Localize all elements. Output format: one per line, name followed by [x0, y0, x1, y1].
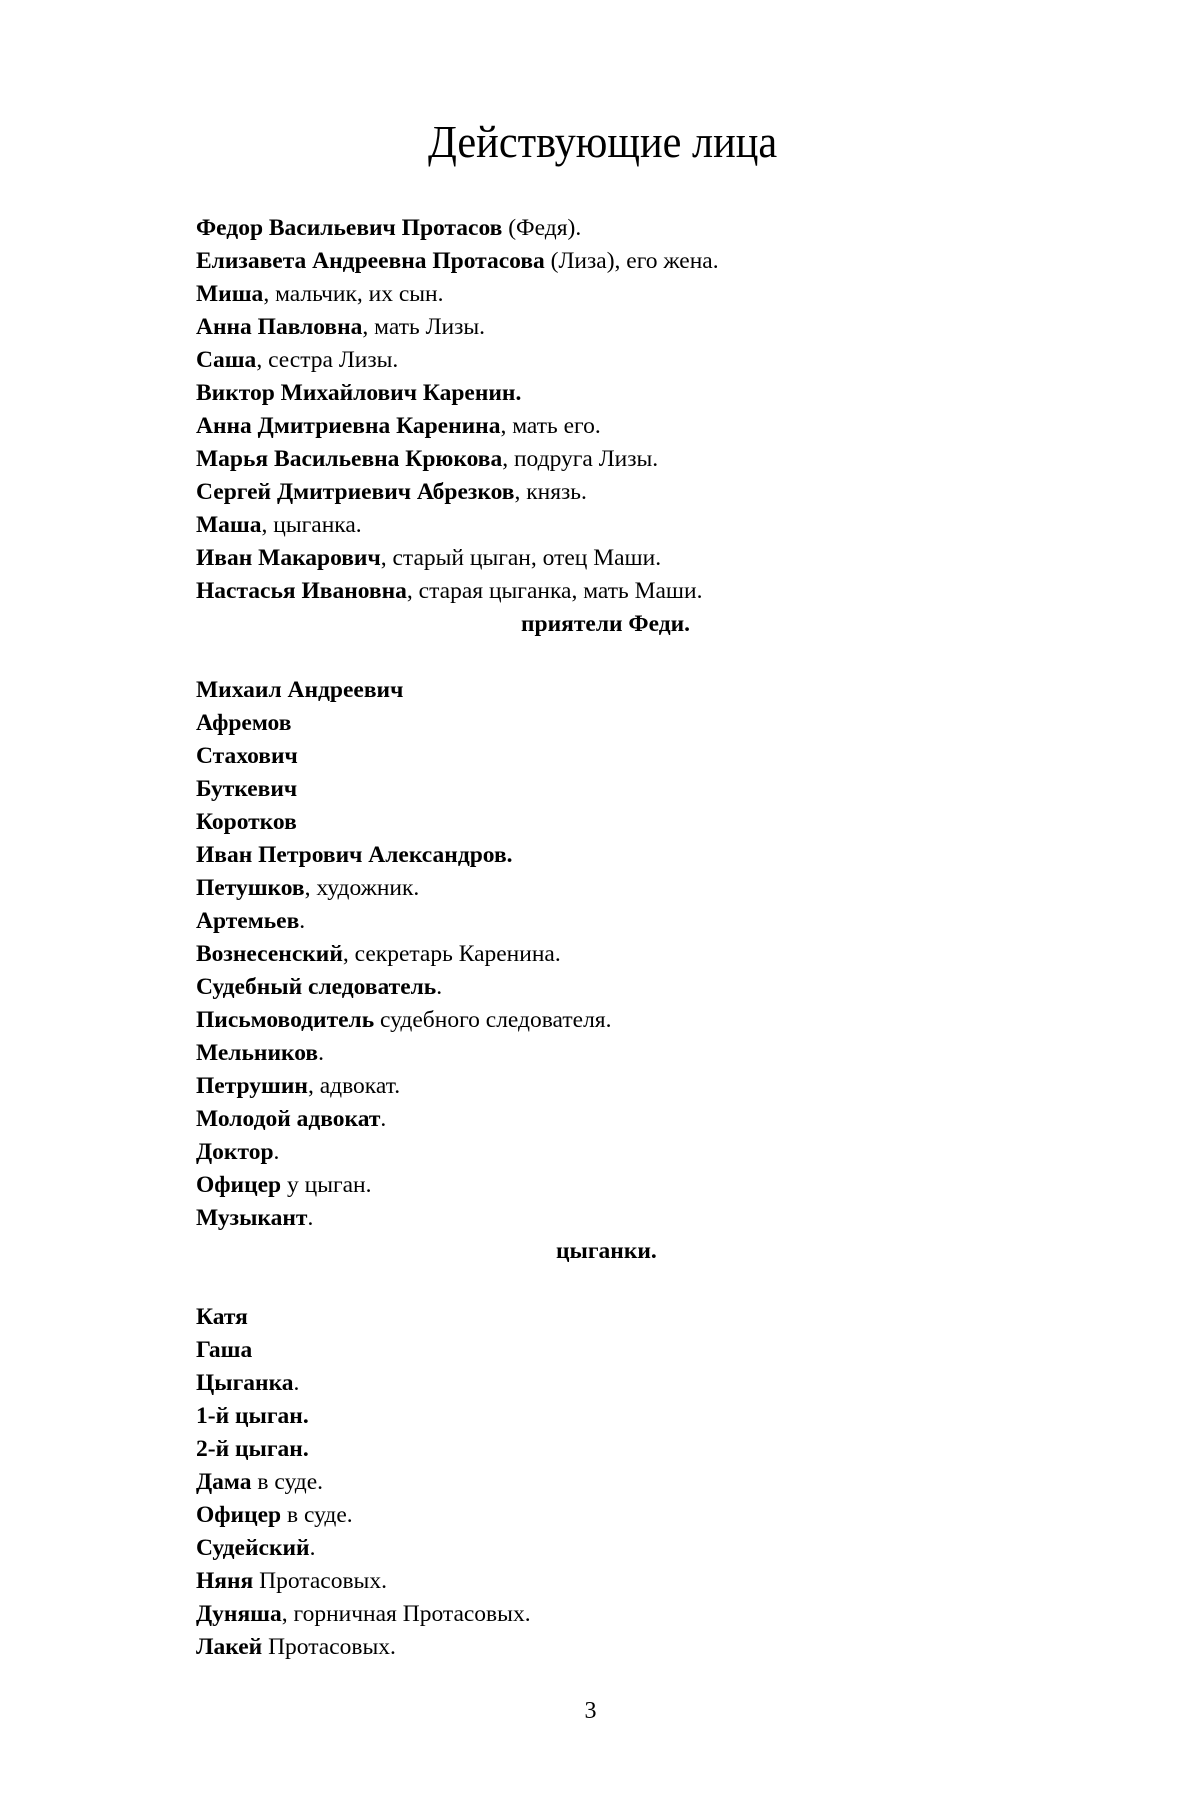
character-description: . [318, 1040, 324, 1066]
character-entry: Маша, цыганка. [196, 509, 996, 542]
character-description: , адвокат. [308, 1073, 400, 1099]
character-name: Петушков [196, 875, 305, 901]
character-entry: Вознесенский, секретарь Каренина. [196, 938, 996, 971]
character-description: , князь. [514, 479, 586, 505]
character-name: Няня [196, 1568, 253, 1594]
character-description: , мальчик, их сын. [263, 281, 443, 307]
character-description: . [380, 1106, 386, 1132]
character-name: Елизавета Андреевна Протасова [196, 248, 545, 274]
character-entry: Няня Протасовых. [196, 1565, 996, 1598]
character-entry: Артемьев. [196, 905, 996, 938]
character-description: , сестра Лизы. [256, 347, 398, 373]
character-name: Лакей [196, 1634, 262, 1660]
character-entry: Михаил Андреевич [196, 674, 996, 707]
character-name: Офицер [196, 1172, 281, 1198]
character-name: Коротков [196, 809, 297, 835]
character-name: Анна Дмитриевна Каренина [196, 413, 500, 439]
character-entry: Елизавета Андреевна Протасова (Лиза), ег… [196, 245, 996, 278]
character-name: Саша [196, 347, 256, 373]
character-name: Анна Павловна [196, 314, 362, 340]
character-name: Доктор [196, 1139, 274, 1165]
character-description: у цыган. [281, 1172, 371, 1198]
character-entry: Судебный следователь. [196, 971, 996, 1004]
character-description: в суде. [281, 1502, 353, 1528]
friends-list: Михаил АндреевичАфремовСтаховичБуткевичК… [196, 674, 996, 1235]
character-entry: Настасья Ивановна, старая цыганка, мать … [196, 575, 996, 608]
character-entry: Музыкант. [196, 1202, 996, 1235]
character-description: Протасовых. [253, 1568, 387, 1594]
character-name: Дуняша [196, 1601, 282, 1627]
character-entry: Офицер у цыган. [196, 1169, 996, 1202]
character-entry: Цыганка. [196, 1367, 996, 1400]
character-name: 1-й цыган. [196, 1403, 309, 1429]
group-label-gypsies: цыганки. [196, 1235, 996, 1268]
character-name: Артемьев [196, 908, 299, 934]
character-name: Михаил Андреевич [196, 677, 403, 703]
character-description: Протасовых. [262, 1634, 396, 1660]
character-name: Письмоводитель [196, 1007, 374, 1033]
character-description: судебного следователя. [374, 1007, 611, 1033]
character-description: , горничная Протасовых. [282, 1601, 531, 1627]
character-entry: Офицер в суде. [196, 1499, 996, 1532]
spacer [196, 1268, 996, 1301]
character-entry: Молодой адвокат. [196, 1103, 996, 1136]
character-description: . [310, 1535, 316, 1561]
character-description: (Федя). [502, 215, 581, 241]
character-entry: Судейский. [196, 1532, 996, 1565]
character-entry: Дама в суде. [196, 1466, 996, 1499]
character-name: Иван Петрович Александров. [196, 842, 513, 868]
character-description: , цыганка. [262, 512, 362, 538]
character-entry: Петрушин, адвокат. [196, 1070, 996, 1103]
character-entry: Лакей Протасовых. [196, 1631, 996, 1664]
character-entry: 2-й цыган. [196, 1433, 996, 1466]
character-name: Дама [196, 1469, 252, 1495]
spacer [196, 641, 996, 674]
character-entry: Саша, сестра Лизы. [196, 344, 996, 377]
character-entry: Доктор. [196, 1136, 996, 1169]
character-entry: Иван Макарович, старый цыган, отец Маши. [196, 542, 996, 575]
group-label-friends: приятели Феди. [196, 608, 996, 641]
character-name: Буткевич [196, 776, 297, 802]
character-name: Гаша [196, 1337, 252, 1363]
main-characters-list: Федор Васильевич Протасов (Федя).Елизаве… [196, 212, 996, 608]
character-name: Судебный следователь [196, 974, 436, 1000]
character-name: 2-й цыган. [196, 1436, 309, 1462]
character-name: Миша [196, 281, 263, 307]
character-entry: Сергей Дмитриевич Абрезков, князь. [196, 476, 996, 509]
character-name: Марья Васильевна Крюкова [196, 446, 502, 472]
character-entry: Афремов [196, 707, 996, 740]
character-name: Сергей Дмитриевич Абрезков [196, 479, 514, 505]
character-description: в суде. [252, 1469, 324, 1495]
character-description: (Лиза), его жена. [545, 248, 719, 274]
character-name: Музыкант [196, 1205, 307, 1231]
character-entry: Федор Васильевич Протасов (Федя). [196, 212, 996, 245]
character-entry: Письмоводитель судебного следователя. [196, 1004, 996, 1037]
character-name: Петрушин [196, 1073, 308, 1099]
character-entry: Мельников. [196, 1037, 996, 1070]
character-description: . [274, 1139, 280, 1165]
character-description: , старая цыганка, мать Маши. [407, 578, 703, 604]
character-entry: Виктор Михайлович Каренин. [196, 377, 996, 410]
character-entry: Стахович [196, 740, 996, 773]
character-name: Настасья Ивановна [196, 578, 407, 604]
character-entry: Анна Павловна, мать Лизы. [196, 311, 996, 344]
character-name: Катя [196, 1304, 248, 1330]
character-entry: Дуняша, горничная Протасовых. [196, 1598, 996, 1631]
character-entry: Анна Дмитриевна Каренина, мать его. [196, 410, 996, 443]
character-name: Федор Васильевич Протасов [196, 215, 502, 241]
character-name: Мельников [196, 1040, 318, 1066]
character-name: Маша [196, 512, 262, 538]
character-name: Иван Макарович [196, 545, 381, 571]
character-description: . [436, 974, 442, 1000]
character-entry: Катя [196, 1301, 996, 1334]
character-name: Виктор Михайлович Каренин. [196, 380, 521, 406]
character-description: , мать Лизы. [362, 314, 485, 340]
character-name: Стахович [196, 743, 298, 769]
cast-list: Федор Васильевич Протасов (Федя).Елизаве… [196, 212, 996, 1664]
character-description: , старый цыган, отец Маши. [381, 545, 661, 571]
page-title: Действующие лица [52, 112, 1153, 172]
character-description: . [294, 1370, 300, 1396]
character-name: Вознесенский [196, 941, 343, 967]
page-number: 3 [0, 1696, 1189, 1726]
other-characters-list: КатяГашаЦыганка.1-й цыган.2-й цыган.Дама… [196, 1301, 996, 1664]
character-description: , подруга Лизы. [502, 446, 658, 472]
character-entry: Марья Васильевна Крюкова, подруга Лизы. [196, 443, 996, 476]
character-description: , мать его. [500, 413, 600, 439]
character-entry: Миша, мальчик, их сын. [196, 278, 996, 311]
character-name: Молодой адвокат [196, 1106, 380, 1132]
character-description: , художник. [305, 875, 420, 901]
character-entry: Иван Петрович Александров. [196, 839, 996, 872]
character-name: Цыганка [196, 1370, 294, 1396]
character-entry: Петушков, художник. [196, 872, 996, 905]
character-name: Афремов [196, 710, 291, 736]
character-description: . [299, 908, 305, 934]
character-description: . [307, 1205, 313, 1231]
character-entry: 1-й цыган. [196, 1400, 996, 1433]
character-name: Судейский [196, 1535, 310, 1561]
character-entry: Гаша [196, 1334, 996, 1367]
character-entry: Коротков [196, 806, 996, 839]
character-name: Офицер [196, 1502, 281, 1528]
character-entry: Буткевич [196, 773, 996, 806]
character-description: , секретарь Каренина. [343, 941, 561, 967]
